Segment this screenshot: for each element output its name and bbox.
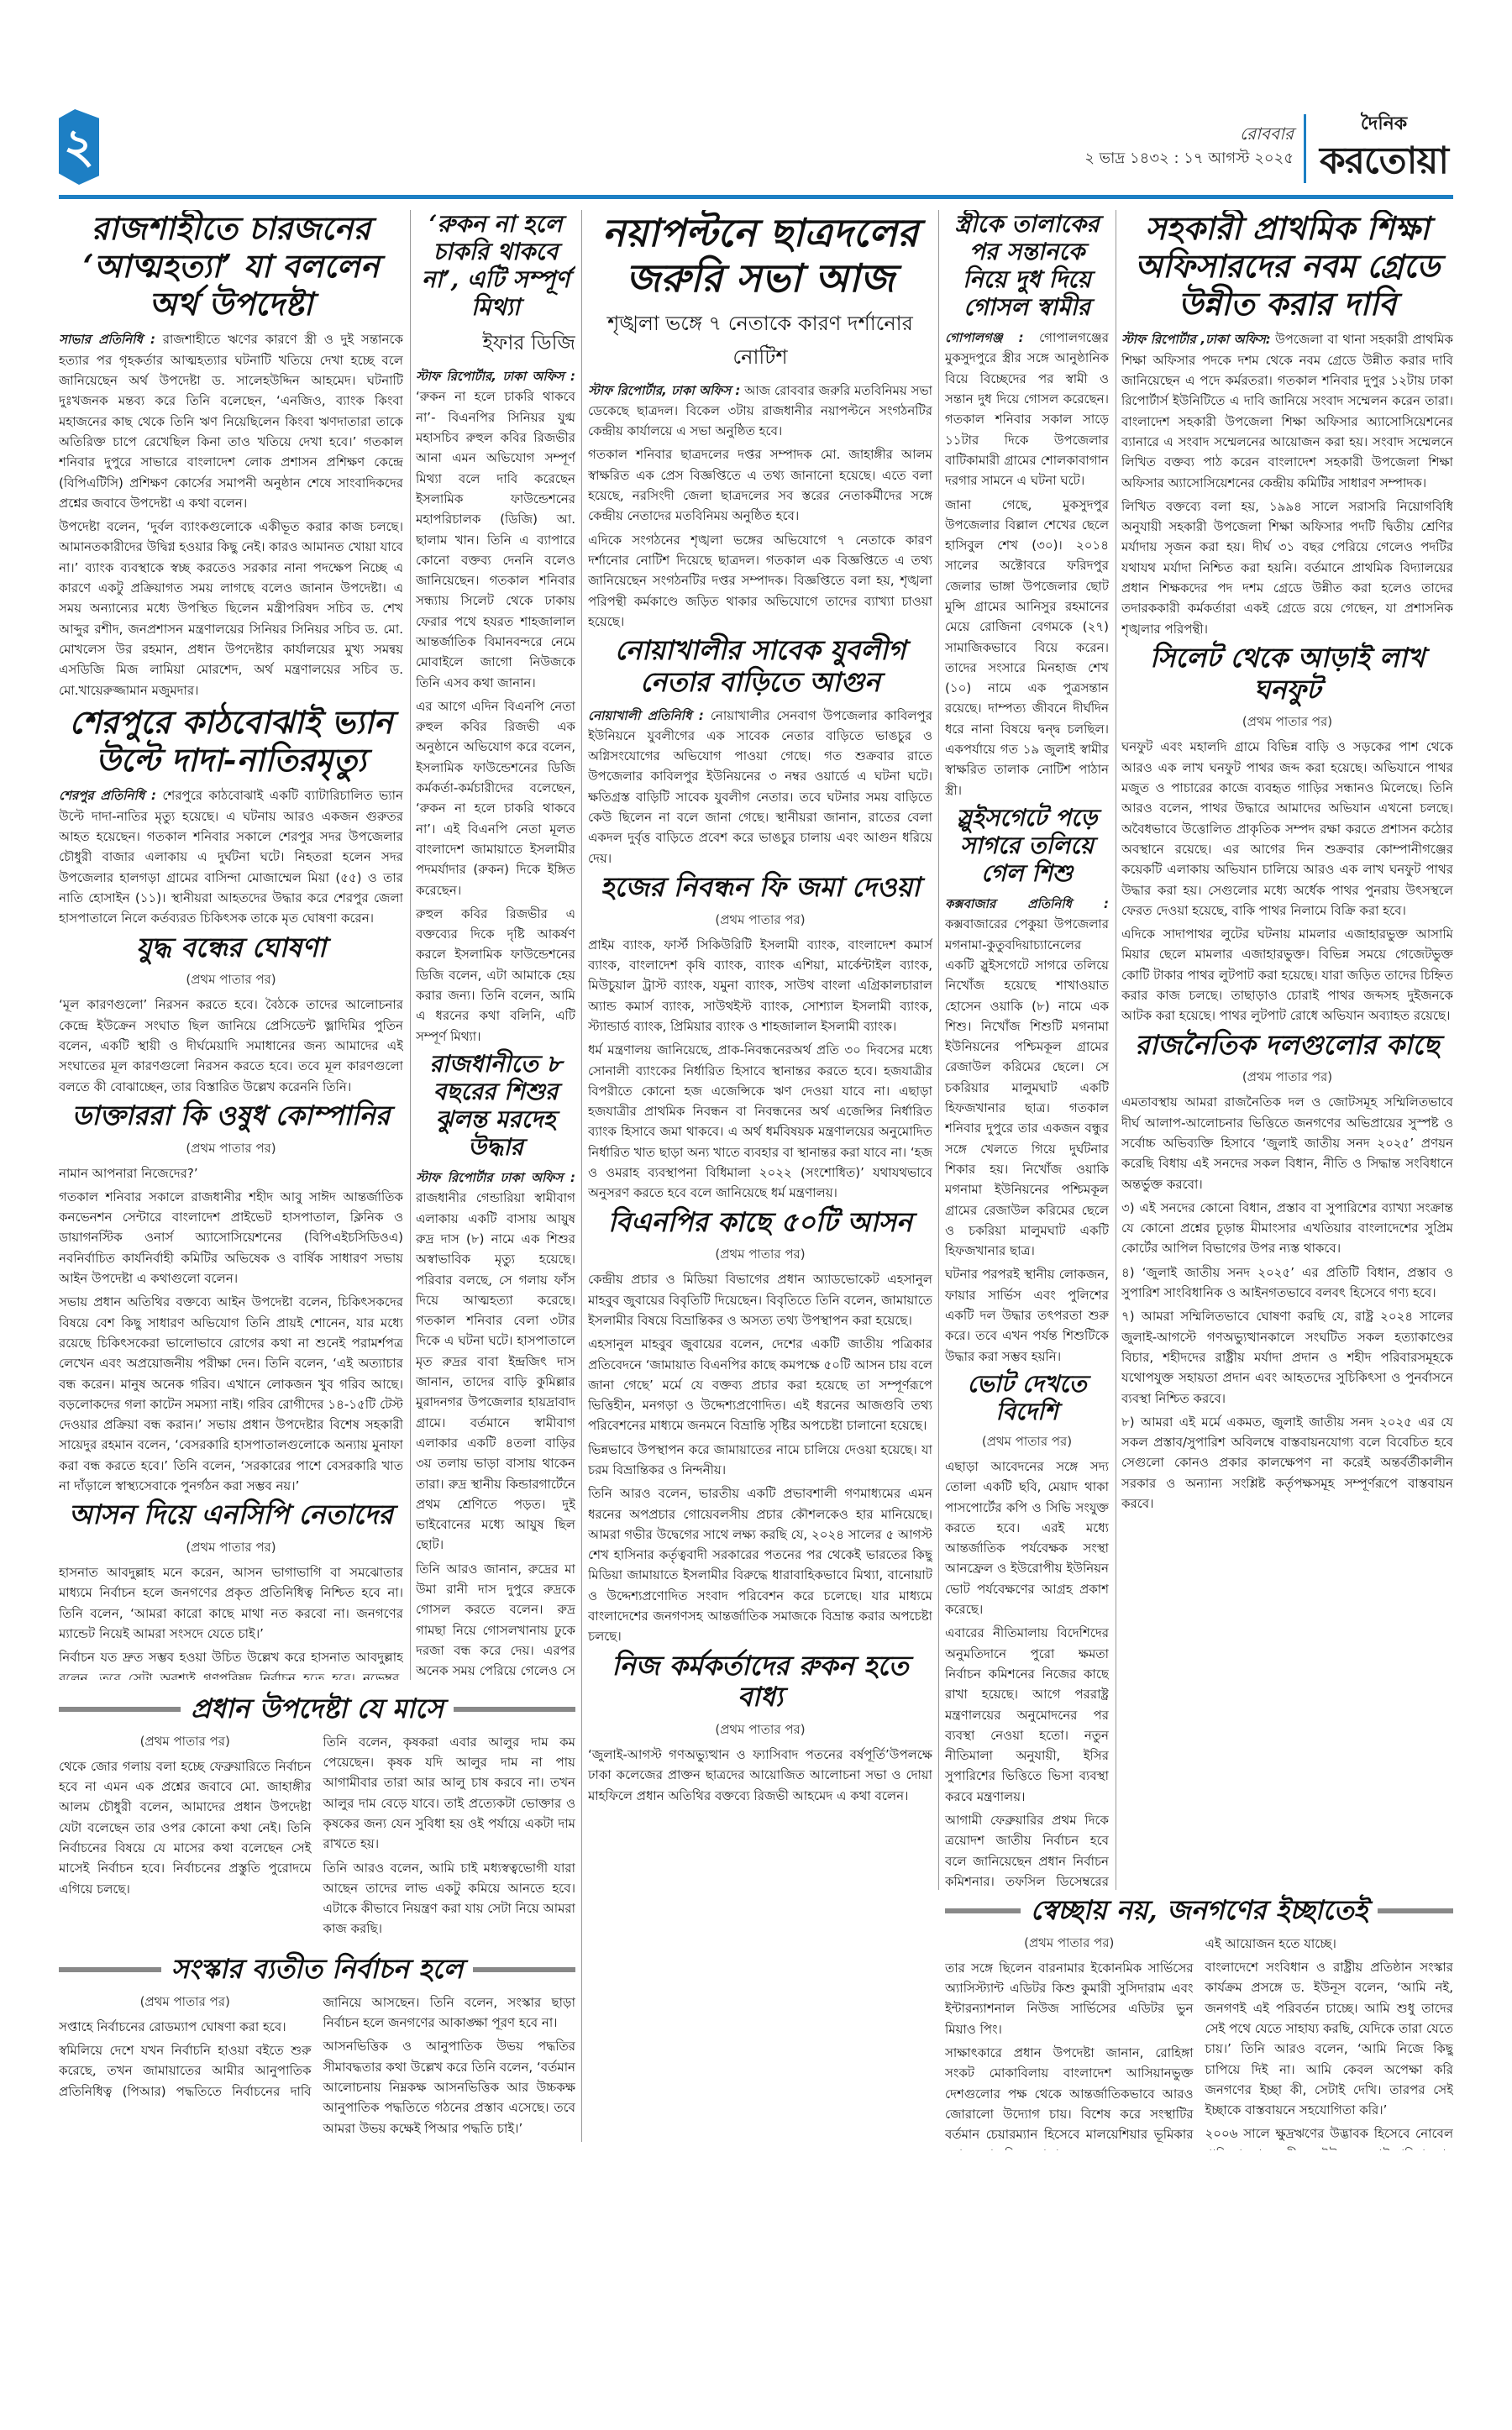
article-body: সাক্ষাৎকারে প্রধান উপদেষ্টা জানান, রোহিঙ… (945, 2043, 1194, 2150)
headline: ভোট দেখতে বিদেশি (945, 1370, 1109, 1425)
continued-label: (প্রথম পাতার পর) (945, 1432, 1109, 1453)
byline: স্টাফ রিপোর্টার, ঢাকা অফিস : (416, 369, 575, 384)
banner-headline: স্বেচ্ছায় নয়, জনগণের ইচ্ছাতেই (945, 1895, 1453, 1927)
continued-label: (প্রথম পাতার পর) (59, 1538, 403, 1559)
continued-label: (প্রথম পাতার পর) (588, 1245, 932, 1266)
banner-bar (945, 1908, 1021, 1913)
article-body: ২০০৬ সালে ক্ষুদ্রঋণের উদ্ভাবক হিসেবে নোব… (1205, 2123, 1454, 2150)
article-sylhet: সিলেট থেকে আড়াই লাখ ঘনফুট (প্রথম পাতার … (1121, 643, 1453, 1026)
article-body: স্টাফ রিপোর্টার ,ঢাকা অফিস: উপজেলা বা থা… (1121, 329, 1453, 492)
article-columns: (প্রথম পাতার পর) সপ্তাহে নির্বাচনের রোডম… (59, 1992, 575, 2139)
logo-big: করতোয়া (1315, 140, 1453, 182)
article-body: ‘মূল কারণগুলো’ নিরসন করতে হবে। বৈঠকে তাদ… (59, 995, 403, 1096)
article-body: এহসানুল মাহবুব জুবায়ের বলেন, দেশের একটি… (588, 1334, 932, 1435)
article-body: তিনি আরও বলেন, আমি চাই মধ্যস্বত্বভোগী যা… (323, 1858, 576, 1939)
banner-bar (473, 1967, 575, 1972)
article-body: ৮) আমরা এই মর্মে একমত, জুলাই জাতীয় সনদ … (1121, 1412, 1453, 1514)
banner-bar (59, 1967, 161, 1972)
article-body: লিখিত বক্তব্যে বলা হয়, ১৯৯৪ সালে সরাসরি… (1121, 496, 1453, 639)
headline: ‘রুকন না হলে চাকরি থাকবে না’, এটি সম্পূর… (416, 210, 575, 321)
byline: স্টাফ রিপোর্টার, ঢাকা অফিস : (588, 383, 740, 398)
headline: রাজনৈতিক দলগুলোর কাছে (1121, 1030, 1453, 1062)
continued-label: (প্রথম পাতার পর) (588, 1720, 932, 1741)
column-narrow-2: ‘রুকন না হলে চাকরি থাকবে না’, এটি সম্পূর… (416, 210, 575, 1680)
date-block: রোববার ২ ভাদ্র ১৪৩২ : ১৭ আগস্ট ২০২৫ (1084, 121, 1294, 171)
byline: শেরপুর প্রতিনিধি : (59, 788, 156, 803)
headline: স্ত্রীকে তালাকের পর সন্তানকে নিয়ে দুধ দ… (945, 210, 1109, 321)
article-body: এদিকে সংগঠনের শৃঙ্খলা ভঙ্গের অভিযোগে ৭ ন… (588, 530, 932, 632)
article-sluice: স্লুইসগেটে পড়ে সাগরে তলিয়ে গেল শিশু কক… (945, 804, 1109, 1367)
column-divider (581, 210, 582, 2142)
article-body: রুহুল কবির রিজভীর এ বক্তব্যের দিকে দৃষ্ট… (416, 904, 575, 1047)
headline: প্রধান উপদেষ্টা যে মাসে (191, 1693, 444, 1725)
column-narrow-4: স্ত্রীকে তালাকের পর সন্তানকে নিয়ে দুধ দ… (945, 210, 1109, 1890)
article-body: আগামী ফেব্রুয়ারির প্রথম দিকে ত্রয়োদশ জ… (945, 1810, 1109, 1890)
headline: নোয়াখালীর সাবেক যুবলীগ নেতার বাড়িতে আগ… (588, 635, 932, 699)
newspaper-logo: দৈনিক করতোয়া (1315, 109, 1453, 182)
continued-label: (প্রথম পাতার পর) (59, 1992, 312, 2013)
masthead: ২ রোববার ২ ভাদ্র ১৪৩২ : ১৭ আগস্ট ২০২৫ দৈ… (59, 109, 1453, 193)
article-body: স্টাফ রিপোর্টার, ঢাকা অফিস : ‘রুকন না হল… (416, 366, 575, 693)
byline: স্টাফ রিপোর্টার ঢাকা অফিস : (416, 1170, 575, 1185)
article-prodhan-upodeshta: প্রধান উপদেষ্টা যে মাসে (প্রথম পাতার পর)… (59, 1688, 575, 1940)
headline: স্বেচ্ছায় নয়, জনগণের ইচ্ছাতেই (1031, 1895, 1368, 1927)
article-songskar: সংস্কার ব্যতীত নির্বাচন হলে (প্রথম পাতার… (59, 1949, 575, 2150)
article-shishu-dhaka: রাজধানীতে ৮ বছরের শিশুর ঝুলন্ত মরদেহ উদ্… (416, 1050, 575, 1680)
article-body: সাভার প্রতিনিধি : রাজশাহীতে ঋণের কারণে স… (59, 329, 403, 513)
article-body: এর আগে এদিন বিএনপি নেতা রুহুল কবির রিজভী… (416, 696, 575, 900)
article-body: গতকাল শনিবার সকালে রাজধানীর শহীদ আবু সাঈ… (59, 1187, 403, 1288)
article-body: তার সঙ্গে ছিলেন বারনামার ইকোনমিক সার্ভিস… (945, 1958, 1194, 2039)
article-rajshahi: রাজশাহীতে চারজনের ‘আত্মহত্যা’ যা বললেন অ… (59, 210, 403, 701)
article-body: এদিকে সাদাপাথর লুটের ঘটনায় মামলার এজাহা… (1121, 924, 1453, 1026)
headline: নিজ কর্মকর্তাদের রুকন হতে বাধ্য (588, 1651, 932, 1714)
banner-bar (59, 1707, 181, 1712)
article-body: উপদেষ্টা বলেন, ‘দুর্বল ব্যাংকগুলোকে একীভ… (59, 517, 403, 701)
article-body: সভায় প্রধান অতিথির বক্তব্যে আইন উপদেষ্ট… (59, 1292, 403, 1496)
article-body: এবারের নীতিমালায় বিদেশিদের অনুমতিদানে প… (945, 1623, 1109, 1807)
article-body: তিনি বলেন, কৃষকরা এবার আলুর দাম কম পেয়ে… (323, 1732, 576, 1855)
article-body: হাসনাত আবদুল্লাহ মনে করেন, আসন ভাগাভাগি … (59, 1562, 403, 1644)
continued-label: (প্রথম পাতার পর) (59, 1732, 312, 1753)
article-juddho: যুদ্ধ বন্ধের ঘোষণা (প্রথম পাতার পর) ‘মূল… (59, 932, 403, 1097)
banner-headline: সংস্কার ব্যতীত নির্বাচন হলে (59, 1954, 575, 1986)
article-body: থেকে জোর গলায় বলা হচ্ছে ফেব্রুয়ারিতে ন… (59, 1756, 312, 1899)
article-body: ঘটনার পরপরই স্থানীয় লোকজন, ফায়ার সার্ভ… (945, 1264, 1109, 1366)
article-swechchhay: স্বেচ্ছায় নয়, জনগণের ইচ্ছাতেই (প্রথম প… (945, 1890, 1453, 2150)
continued-label: (প্রথম পাতার পর) (1121, 1068, 1453, 1089)
article-body: ৪) ‘জুলাই জাতীয় সনদ ২০২৫’ এর প্রতিটি বি… (1121, 1262, 1453, 1304)
headline: রাজশাহীতে চারজনের ‘আত্মহত্যা’ যা বললেন অ… (59, 210, 403, 323)
headline: হজের নিবন্ধন ফি জমা দেওয়া (588, 872, 932, 904)
article-body: নির্বাচন যত দ্রুত সম্ভব হওয়া উচিত উল্লে… (59, 1647, 403, 1680)
article-body: তিনি আরও জানান, রুদ্রের মা উমা রানী দাস … (416, 1559, 575, 1680)
continued-label: (প্রথম পাতার পর) (945, 1934, 1194, 1955)
masthead-divider (1304, 114, 1306, 183)
page-number-badge: ২ (59, 109, 99, 185)
headline: শেরপুরে কাঠবোঝাই ভ্যান উল্টে দাদা-নাতিরম… (59, 704, 403, 779)
continued-label: (প্রথম পাতার পর) (59, 970, 403, 991)
headline: রাজধানীতে ৮ বছরের শিশুর ঝুলন্ত মরদেহ উদ্… (416, 1050, 575, 1161)
article-body: তিনি আরও বলেন, ভারতীয় একটি প্রভাবশালী গ… (588, 1483, 932, 1646)
issue-date: ২ ভাদ্র ১৪৩২ : ১৭ আগস্ট ২০২৫ (1084, 146, 1294, 171)
headline: আসন দিয়ে এনসিপি নেতাদের (59, 1499, 403, 1531)
article-body: শেরপুর প্রতিনিধি : শেরপুরে কাঠবোঝাই একটি… (59, 785, 403, 928)
article-body: গতকাল শনিবার ছাত্রদলের দপ্তর সম্পাদক মো.… (588, 444, 932, 526)
banner-bar (1378, 1908, 1453, 1913)
continued-label: (প্রথম পাতার পর) (588, 911, 932, 932)
article-body: গোপালগঞ্জ : গোপালগঞ্জের মুকসুদপুরে স্ত্র… (945, 328, 1109, 491)
article-body: স্টাফ রিপোর্টার ঢাকা অফিস : রাজধানীর গেন… (416, 1168, 575, 1556)
continued-label: (প্রথম পাতার পর) (1121, 712, 1453, 733)
article-ncp: আসন দিয়ে এনসিপি নেতাদের (প্রথম পাতার পর… (59, 1499, 403, 1680)
article-columns: (প্রথম পাতার পর) তার সঙ্গে ছিলেন বারনামা… (945, 1934, 1453, 2150)
byline: নোয়াখালী প্রতিনিধি : (588, 708, 704, 723)
article-body: ভিন্নভাবে উপস্থাপন করে জামায়াতের নামে চ… (588, 1440, 932, 1481)
column-divider (1116, 210, 1116, 1890)
subhead: ইফার ডিজি (416, 328, 575, 361)
article-sherpur: শেরপুরে কাঠবোঝাই ভ্যান উল্টে দাদা-নাতিরম… (59, 704, 403, 929)
article-body: ৩) এই সনদের কোনো বিধান, প্রস্তাব বা সুপা… (1121, 1198, 1453, 1259)
byline: কক্সবাজার প্রতিনিধি : (945, 896, 1109, 911)
article-chhatradal: নয়াপল্টনে ছাত্রদলের জরুরি সভা আজ শৃঙ্খল… (588, 210, 932, 632)
article-body: ঘনফুট এবং মহালদি গ্রামে বিভিন্ন বাড়ি ও … (1121, 737, 1453, 921)
article-rukon: ‘রুকন না হলে চাকরি থাকবে না’, এটি সম্পূর… (416, 210, 575, 1047)
column-right: সহকারী প্রাথমিক শিক্ষা অফিসারদের নবম গ্র… (1121, 210, 1453, 1890)
article-body: ধর্ম মন্ত্রণালয় জানিয়েছে, প্রাক-নিবন্ধ… (588, 1040, 932, 1203)
article-body: নোয়াখালী প্রতিনিধি : নোয়াখালীর সেনবাগ … (588, 706, 932, 869)
article-bnp50: বিএনপির কাছে ৫০টি আসন (প্রথম পাতার পর) ক… (588, 1207, 932, 1647)
article-vote-bideshi: ভোট দেখতে বিদেশি (প্রথম পাতার পর) এছাড়া… (945, 1370, 1109, 1890)
headline: নয়াপল্টনে ছাত্রদলের জরুরি সভা আজ (588, 210, 932, 302)
masthead-rule (59, 195, 1453, 199)
headline: যুদ্ধ বন্ধের ঘোষণা (59, 932, 403, 964)
article-golse: স্ত্রীকে তালাকের পর সন্তানকে নিয়ে দুধ দ… (945, 210, 1109, 800)
article-nij-karmakarta: নিজ কর্মকর্তাদের রুকন হতে বাধ্য (প্রথম প… (588, 1651, 932, 1806)
column-left: রাজশাহীতে চারজনের ‘আত্মহত্যা’ যা বললেন অ… (59, 210, 403, 1680)
article-body: জানা গেছে, মুকসুদপুর উপজেলার বিল্লাল শেখ… (945, 495, 1109, 800)
article-shikkha: সহকারী প্রাথমিক শিক্ষা অফিসারদের নবম গ্র… (1121, 210, 1453, 639)
article-body: বাংলাদেশে সংবিধান ও রাষ্ট্রীয় প্রতিষ্ঠা… (1205, 1957, 1454, 2120)
article-rajnoitik: রাজনৈতিক দলগুলোর কাছে (প্রথম পাতার পর) এ… (1121, 1030, 1453, 1514)
headline: সিলেট থেকে আড়াই লাখ ঘনফুট (1121, 643, 1453, 706)
column-divider (410, 210, 411, 1680)
headline: বিএনপির কাছে ৫০টি আসন (588, 1207, 932, 1239)
byline: স্টাফ রিপোর্টার ,ঢাকা অফিস: (1121, 332, 1271, 347)
column-divider (938, 210, 939, 1890)
logo-small: দৈনিক (1315, 109, 1453, 140)
headline: সংস্কার ব্যতীত নির্বাচন হলে (171, 1954, 464, 1986)
article-body: কক্সবাজার প্রতিনিধি : কক্সবাজারের পেকুয়… (945, 894, 1109, 1261)
article-body: নামান আপনারা নিজেদের?’ (59, 1163, 403, 1184)
article-noakhali: নোয়াখালীর সাবেক যুবলীগ নেতার বাড়িতে আগ… (588, 635, 932, 869)
article-hajj: হজের নিবন্ধন ফি জমা দেওয়া (প্রথম পাতার … (588, 872, 932, 1204)
headline: ডাক্তাররা কি ওষুধ কোম্পানির (59, 1100, 403, 1132)
banner-bar (454, 1707, 575, 1712)
article-body: ‘জুলাই-আগস্ট গণঅভ্যুত্থান ও ফ্যাসিবাদ পত… (588, 1745, 932, 1806)
article-body: এছাড়া আবেদনের সঙ্গে সদ্য তোলা একটি ছবি,… (945, 1456, 1109, 1619)
article-body: কেন্দ্রীয় প্রচার ও মিডিয়া বিভাগের প্রধ… (588, 1269, 932, 1330)
article-body: প্রাইম ব্যাংক, ফার্স্ট সিকিউরিটি ইসলামী … (588, 935, 932, 1037)
byline: সাভার প্রতিনিধি : (59, 332, 155, 347)
subhead: শৃঙ্খলা ভঙ্গে ৭ নেতাকে কারণ দর্শানোর নোট… (588, 308, 932, 375)
article-daktar: ডাক্তাররা কি ওষুধ কোম্পানির (প্রথম পাতার… (59, 1100, 403, 1497)
continued-label: (প্রথম পাতার পর) (59, 1139, 403, 1160)
article-body: ৭) আমরা সম্মিলিতভাবে ঘোষণা করছি যে, রাষ্… (1121, 1306, 1453, 1408)
weekday: রোববার (1084, 121, 1294, 146)
article-body: সপ্তাহে নির্বাচনের রোডম্যাপ ঘোষণা করা হব… (59, 2017, 312, 2037)
banner-headline: প্রধান উপদেষ্টা যে মাসে (59, 1693, 575, 1725)
headline: স্লুইসগেটে পড়ে সাগরে তলিয়ে গেল শিশু (945, 804, 1109, 887)
byline: গোপালগঞ্জ : (945, 330, 1024, 345)
column-middle: নয়াপল্টনে ছাত্রদলের জরুরি সভা আজ শৃঙ্খল… (588, 210, 932, 1806)
article-body: স্টাফ রিপোর্টার, ঢাকা অফিস : আজ রোববার জ… (588, 381, 932, 442)
article-body: এমতাবস্থায় আমরা রাজনৈতিক দল ও জোটসমূহ স… (1121, 1092, 1453, 1194)
article-body: আসনভিত্তিক ও আনুপাতিক উভয় পদ্ধতির সীমাব… (323, 2036, 576, 2138)
headline: সহকারী প্রাথমিক শিক্ষা অফিসারদের নবম গ্র… (1121, 210, 1453, 323)
article-columns: (প্রথম পাতার পর) থেকে জোর গলায় বলা হচ্ছ… (59, 1732, 575, 1939)
